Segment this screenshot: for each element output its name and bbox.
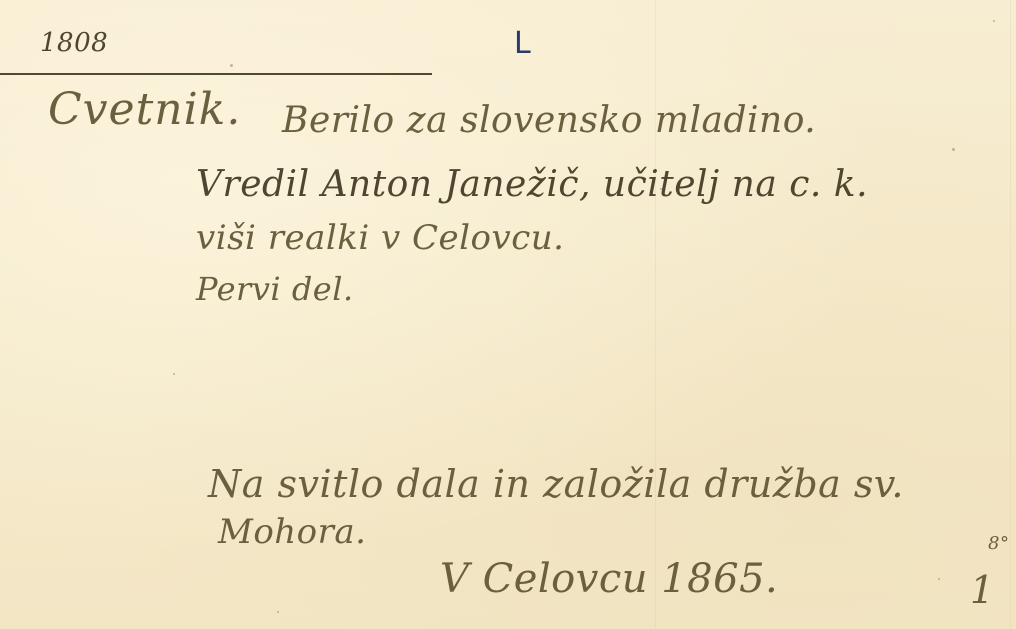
catalog-card: 1808 L Cvetnik. Berilo za slovensko mlad… <box>0 0 1016 629</box>
paper-fold-line <box>1010 0 1011 629</box>
paper-speck <box>173 373 175 375</box>
publisher-statement: Na svitlo dala in založila družba sv. <box>208 462 904 506</box>
header-rule <box>0 73 432 75</box>
part-statement: Pervi del. <box>196 270 354 308</box>
author-affiliation: viši realki v Celovcu. <box>196 218 564 258</box>
author-statement: Vredil Anton Janežič, učitelj na c. k. <box>196 164 868 205</box>
paper-speck <box>277 611 279 613</box>
paper-speck <box>952 148 955 151</box>
paper-fold-line <box>655 0 656 629</box>
volume-count: 1 <box>970 568 995 612</box>
paper-speck <box>993 20 995 22</box>
place-and-year: V Celovcu 1865. <box>440 556 778 602</box>
subtitle: Berilo za slovensko mladino. <box>282 100 816 141</box>
paper-speck <box>938 578 940 580</box>
publisher-name: Mohora. <box>218 512 366 552</box>
paper-speck <box>230 64 233 67</box>
title: Cvetnik. <box>48 84 241 135</box>
shelf-mark: L <box>514 26 531 61</box>
format-size: 8° <box>988 533 1009 554</box>
accession-number: 1808 <box>40 28 108 58</box>
